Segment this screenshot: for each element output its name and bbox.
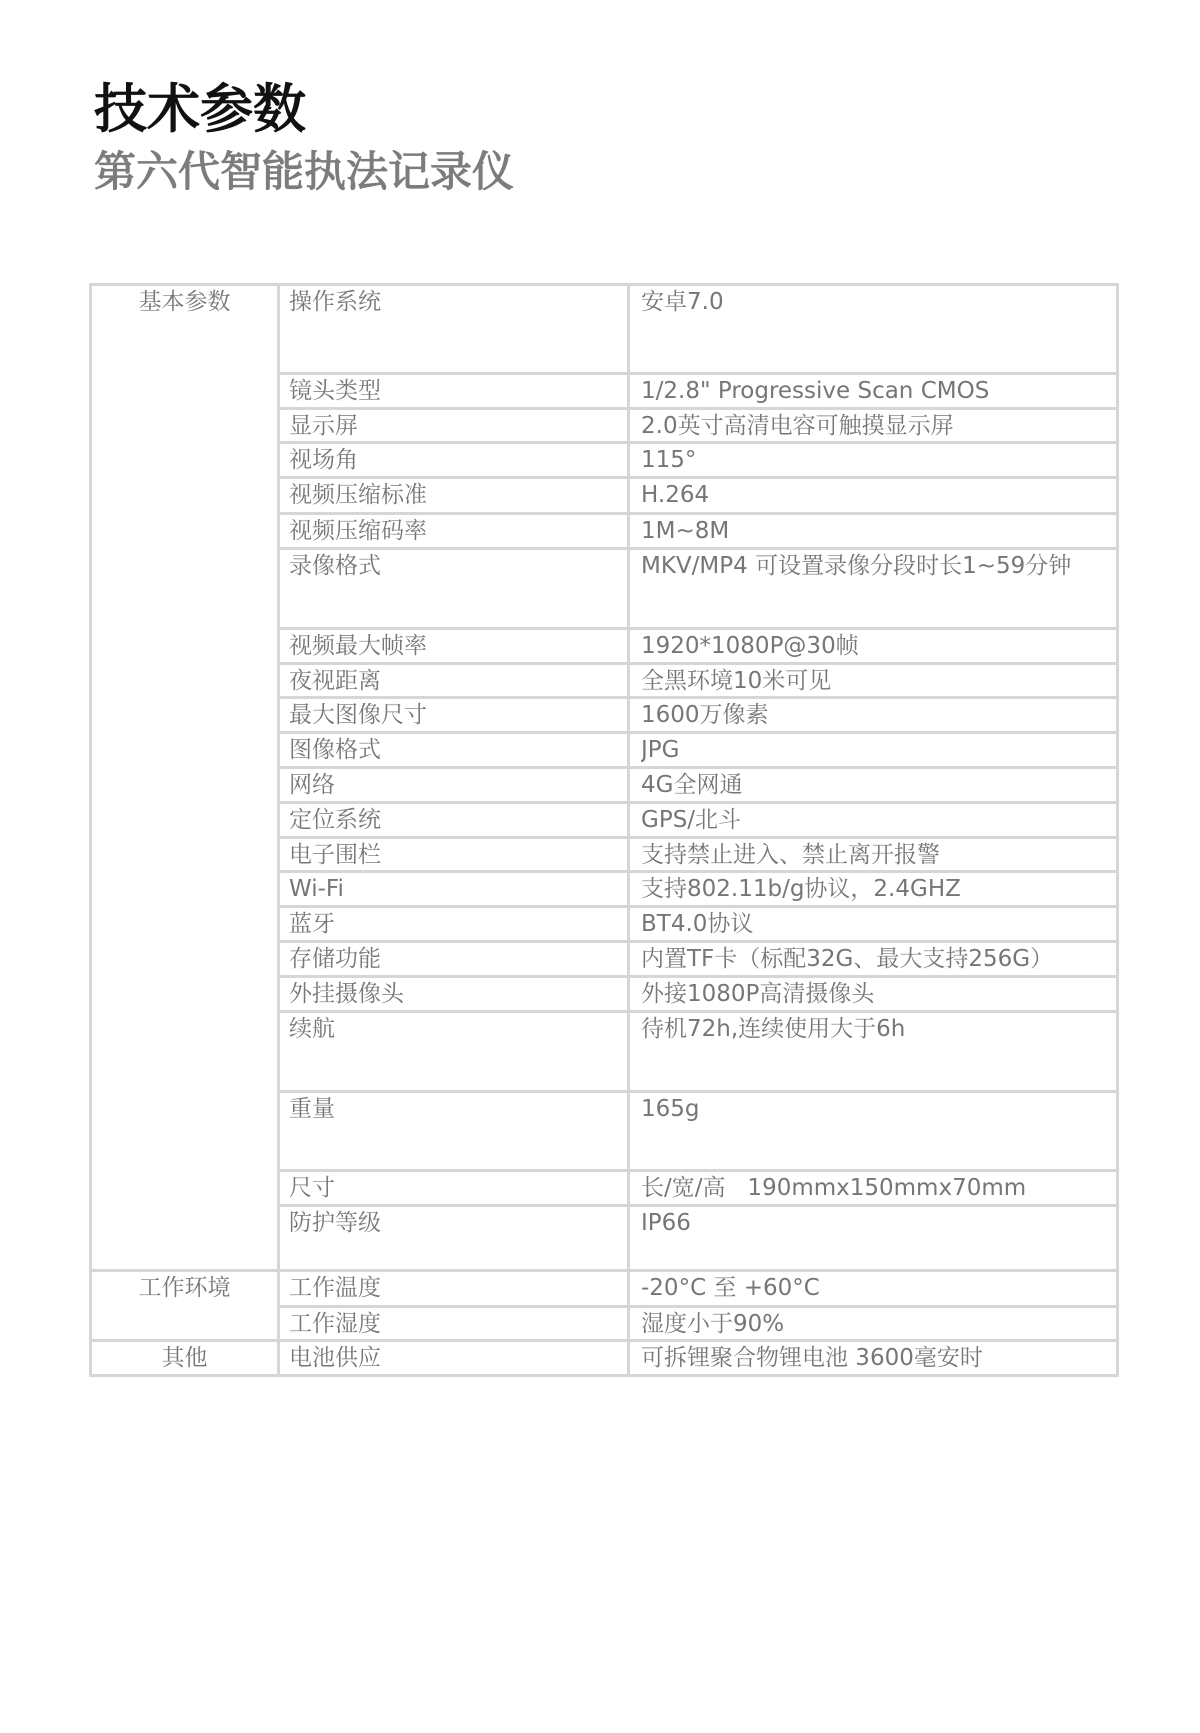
param-label: 显示屏 xyxy=(279,409,629,443)
param-label: 录像格式 xyxy=(279,549,629,629)
param-label: 操作系统 xyxy=(279,285,629,374)
param-label: 电池供应 xyxy=(279,1341,629,1376)
page-subtitle: 第六代智能执法记录仪 xyxy=(94,148,514,196)
param-value: 内置TF卡（标配32G、最大支持256G） xyxy=(629,942,1118,977)
param-label: 尺寸 xyxy=(279,1171,629,1206)
param-value: 1920*1080P@30帧 xyxy=(629,629,1118,664)
param-label: 重量 xyxy=(279,1092,629,1171)
param-label: 定位系统 xyxy=(279,803,629,838)
param-value: 1/2.8" Progressive Scan CMOS xyxy=(629,374,1118,409)
param-label: 工作温度 xyxy=(279,1271,629,1307)
param-value: JPG xyxy=(629,733,1118,768)
group-label-other: 其他 xyxy=(91,1341,279,1376)
param-value: 165g xyxy=(629,1092,1118,1171)
table-row: 其他 电池供应 可拆锂聚合物锂电池 3600毫安时 xyxy=(91,1341,1118,1376)
param-value: 安卓7.0 xyxy=(629,285,1118,374)
param-value: 4G全网通 xyxy=(629,768,1118,803)
param-value: 可拆锂聚合物锂电池 3600毫安时 xyxy=(629,1341,1118,1376)
param-value: IP66 xyxy=(629,1206,1118,1271)
param-label: 网络 xyxy=(279,768,629,803)
param-value: BT4.0协议 xyxy=(629,907,1118,942)
param-value: 待机72h,连续使用大于6h xyxy=(629,1012,1118,1092)
param-value: 支持禁止进入、禁止离开报警 xyxy=(629,838,1118,872)
param-value: 全黑环境10米可见 xyxy=(629,664,1118,698)
table-row: 工作环境 工作温度 -20°C 至 +60°C xyxy=(91,1271,1118,1307)
param-label: 视频最大帧率 xyxy=(279,629,629,664)
param-value: 1M~8M xyxy=(629,514,1118,549)
table-row: 基本参数 操作系统 安卓7.0 xyxy=(91,285,1118,374)
param-label: 存储功能 xyxy=(279,942,629,977)
param-value: 115° xyxy=(629,443,1118,478)
param-label: 防护等级 xyxy=(279,1206,629,1271)
param-value: 支持802.11b/g协议，2.4GHZ xyxy=(629,872,1118,907)
param-value: GPS/北斗 xyxy=(629,803,1118,838)
param-label: 图像格式 xyxy=(279,733,629,768)
param-value: 外接1080P高清摄像头 xyxy=(629,977,1118,1012)
param-value: 1600万像素 xyxy=(629,698,1118,733)
param-label: 视场角 xyxy=(279,443,629,478)
param-label: Wi-Fi xyxy=(279,872,629,907)
param-label: 镜头类型 xyxy=(279,374,629,409)
param-value: 湿度小于90% xyxy=(629,1307,1118,1341)
param-label: 视频压缩码率 xyxy=(279,514,629,549)
param-label: 夜视距离 xyxy=(279,664,629,698)
param-value: -20°C 至 +60°C xyxy=(629,1271,1118,1307)
page-title: 技术参数 xyxy=(94,80,306,140)
param-label: 视频压缩标准 xyxy=(279,478,629,514)
param-label: 续航 xyxy=(279,1012,629,1092)
param-label: 最大图像尺寸 xyxy=(279,698,629,733)
param-value: 长/宽/高 190mmx150mmx70mm xyxy=(629,1171,1118,1206)
spec-table: 基本参数 操作系统 安卓7.0 镜头类型 1/2.8" Progressive … xyxy=(89,283,1119,1377)
param-value: MKV/MP4 可设置录像分段时长1~59分钟 xyxy=(629,549,1118,629)
param-value: H.264 xyxy=(629,478,1118,514)
param-label: 蓝牙 xyxy=(279,907,629,942)
param-label: 工作湿度 xyxy=(279,1307,629,1341)
param-label: 电子围栏 xyxy=(279,838,629,872)
param-label: 外挂摄像头 xyxy=(279,977,629,1012)
group-label-environment: 工作环境 xyxy=(91,1271,279,1341)
group-label-basic: 基本参数 xyxy=(91,285,279,1271)
param-value: 2.0英寸高清电容可触摸显示屏 xyxy=(629,409,1118,443)
